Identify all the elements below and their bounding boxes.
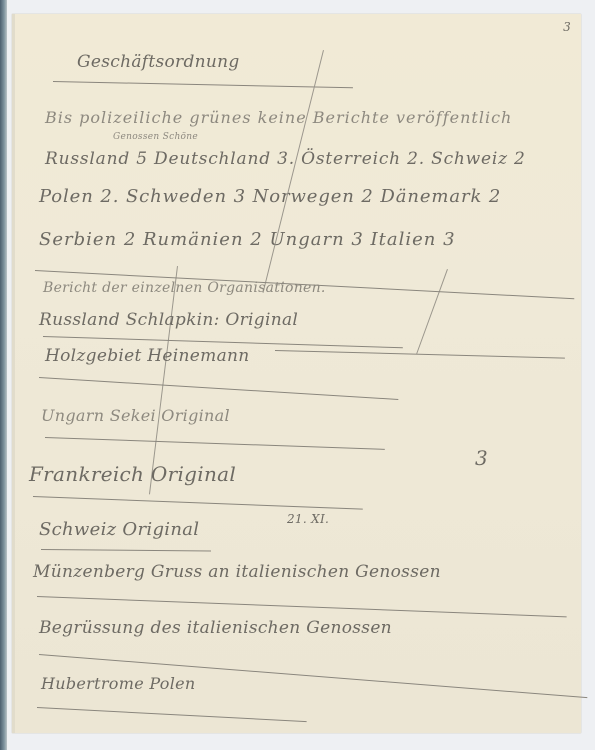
text-line-8: Ungarn Sekei Original <box>41 406 230 425</box>
title-underline <box>53 81 353 88</box>
book-binding <box>0 0 7 750</box>
text-line-10: Schweiz Original <box>39 519 199 540</box>
text-line-12: Begrüssung des italienischen Genossen <box>39 618 392 638</box>
text-line-3: Polen 2. Schweden 3 Norwegen 2 Dänemark … <box>39 186 501 207</box>
date-note: 21. XI. <box>287 512 329 526</box>
text-line-11: Münzenberg Gruss an italienischen Genoss… <box>33 562 441 582</box>
underline-line-8 <box>45 437 385 450</box>
rule-right-6 <box>275 350 565 359</box>
text-line-6: Russland Schlapkin: Original <box>39 310 298 330</box>
text-line-13: Hubertrome Polen <box>41 674 196 693</box>
underline-line-10 <box>41 549 211 551</box>
rule-line-11 <box>37 596 567 617</box>
underline-line-7 <box>39 377 398 400</box>
text-line-1: Bis polizeiliche grünes keine Berichte v… <box>45 108 512 127</box>
manuscript-page: 3 Geschäftsordnung Bis polizeiliche grün… <box>12 14 581 733</box>
interlinear-note: Genossen Schöne <box>113 132 198 142</box>
diagonal-stroke-lower <box>149 266 178 494</box>
diagonal-stroke-right <box>416 269 448 354</box>
text-line-7: Holzgebiet Heinemann <box>45 346 250 366</box>
text-line-5: Bericht der einzelnen Organisationen. <box>43 280 326 296</box>
page-title: Geschäftsordnung <box>77 52 240 72</box>
text-line-4: Serbien 2 Rumänien 2 Ungarn 3 Italien 3 <box>39 229 456 250</box>
rule-line-13 <box>37 707 307 722</box>
underline-line-9 <box>33 496 363 510</box>
margin-note: 3 <box>475 446 488 470</box>
text-line-9: Frankreich Original <box>29 462 236 486</box>
text-line-2: Russland 5 Deutschland 3. Österreich 2. … <box>45 149 526 169</box>
page-number: 3 <box>563 20 571 34</box>
